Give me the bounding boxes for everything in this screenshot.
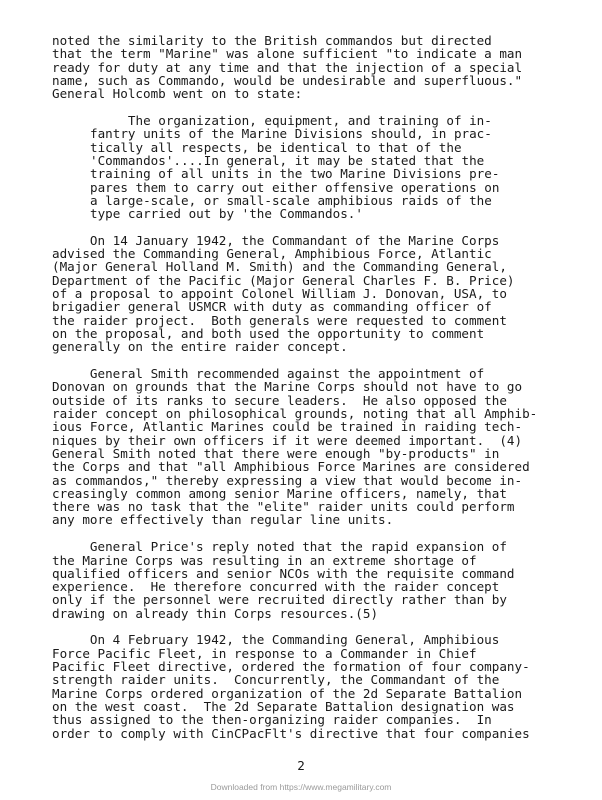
text-line: niques by their own officers if it were … xyxy=(52,434,592,447)
text-line: 'Commandos'....In general, it may be sta… xyxy=(90,154,592,167)
text-line: General Smith recommended against the ap… xyxy=(52,367,592,380)
paragraph-general-smith: General Smith recommended against the ap… xyxy=(52,367,592,527)
text-line: brigadier general USMCR with duty as com… xyxy=(52,300,592,313)
text-line: General Smith noted that there were enou… xyxy=(52,447,592,460)
text-line: on the proposal, and both used the oppor… xyxy=(52,327,592,340)
text-line: there was no task that the "elite" raide… xyxy=(52,500,592,513)
block-quote-holcomb: The organization, equipment, and trainin… xyxy=(52,114,592,221)
text-line: tically all respects, be identical to th… xyxy=(90,141,592,154)
text-line: ready for duty at any time and that the … xyxy=(52,61,592,74)
paragraph-holcomb-intro: noted the similarity to the British comm… xyxy=(52,34,592,101)
text-line: strength raider units. Concurrently, the… xyxy=(52,673,592,686)
document-page: noted the similarity to the British comm… xyxy=(52,34,592,753)
text-line: pares them to carry out either offensive… xyxy=(90,181,592,194)
text-line: (Major General Holland M. Smith) and the… xyxy=(52,260,592,273)
text-line: Department of the Pacific (Major General… xyxy=(52,274,592,287)
text-line: Donovan on grounds that the Marine Corps… xyxy=(52,380,592,393)
text-line: qualified officers and senior NCOs with … xyxy=(52,567,592,580)
text-line: the Marine Corps was resulting in an ext… xyxy=(52,554,592,567)
text-line: the raider project. Both generals were r… xyxy=(52,314,592,327)
text-line: of a proposal to appoint Colonel William… xyxy=(52,287,592,300)
paragraph-donovan-proposal: On 14 January 1942, the Commandant of th… xyxy=(52,234,592,354)
text-line: raider concept on philosophical grounds,… xyxy=(52,407,592,420)
text-line: only if the personnel were recruited dir… xyxy=(52,593,592,606)
text-line: outside of its ranks to secure leaders. … xyxy=(52,394,592,407)
text-line: The organization, equipment, and trainin… xyxy=(90,114,592,127)
text-line: the Corps and that "all Amphibious Force… xyxy=(52,460,592,473)
text-line: name, such as Commando, would be undesir… xyxy=(52,74,592,87)
text-line: order to comply with CinCPacFlt's direct… xyxy=(52,727,592,740)
text-line: Marine Corps ordered organization of the… xyxy=(52,687,592,700)
text-line: type carried out by 'the Commandos.' xyxy=(90,207,592,220)
text-line: any more effectively than regular line u… xyxy=(52,513,592,526)
text-line: thus assigned to the then-organizing rai… xyxy=(52,713,592,726)
text-line: noted the similarity to the British comm… xyxy=(52,34,592,47)
text-line: on the west coast. The 2d Separate Batta… xyxy=(52,700,592,713)
text-line: Force Pacific Fleet, in response to a Co… xyxy=(52,647,592,660)
download-source-footer: Downloaded from https://www.megamilitary… xyxy=(0,782,602,792)
text-line: General Price's reply noted that the rap… xyxy=(52,540,592,553)
text-line: ious Force, Atlantic Marines could be tr… xyxy=(52,420,592,433)
page-number: 2 xyxy=(0,758,602,773)
text-line: fantry units of the Marine Divisions sho… xyxy=(90,127,592,140)
text-line: that the term "Marine" was alone suffici… xyxy=(52,47,592,60)
text-line: On 4 February 1942, the Commanding Gener… xyxy=(52,633,592,646)
text-line: drawing on already thin Corps resources.… xyxy=(52,607,592,620)
text-line: a large-scale, or small-scale amphibious… xyxy=(90,194,592,207)
text-line: as commandos," thereby expressing a view… xyxy=(52,474,592,487)
text-line: generally on the entire raider concept. xyxy=(52,340,592,353)
paragraph-february-order: On 4 February 1942, the Commanding Gener… xyxy=(52,633,592,740)
text-line: General Holcomb went on to state: xyxy=(52,87,592,100)
text-line: advised the Commanding General, Amphibio… xyxy=(52,247,592,260)
text-line: On 14 January 1942, the Commandant of th… xyxy=(52,234,592,247)
paragraph-general-price: General Price's reply noted that the rap… xyxy=(52,540,592,620)
text-line: experience. He therefore concurred with … xyxy=(52,580,592,593)
text-line: Pacific Fleet directive, ordered the for… xyxy=(52,660,592,673)
text-line: creasingly common among senior Marine of… xyxy=(52,487,592,500)
text-line: training of all units in the two Marine … xyxy=(90,167,592,180)
